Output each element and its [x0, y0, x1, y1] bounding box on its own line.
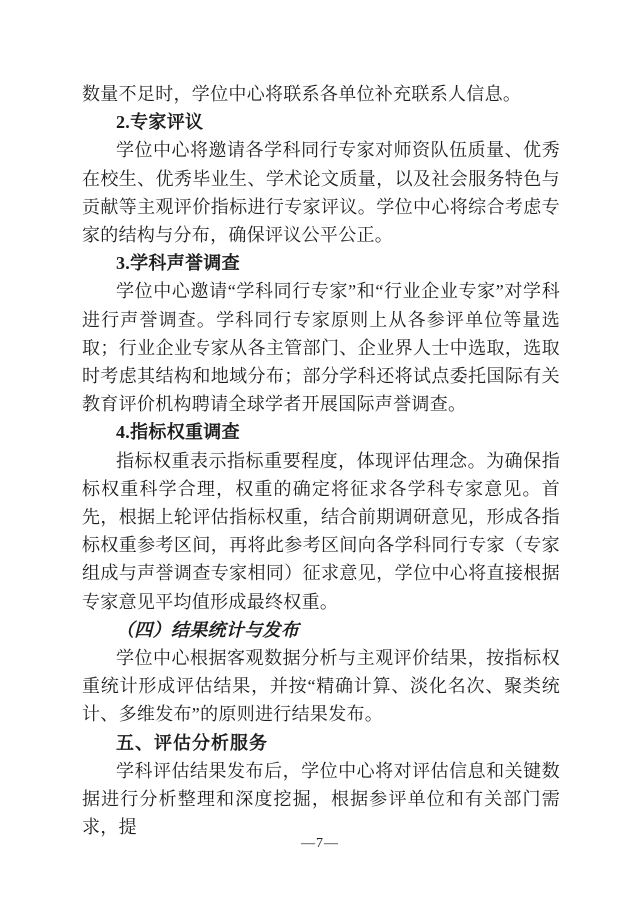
section-heading: 五、评估分析服务 — [82, 729, 560, 757]
paragraph: 指标权重表示指标重要程度，体现评估理念。为确保指标权重科学合理，权重的确定将征求… — [82, 447, 560, 616]
paragraph: 学位中心邀请“学科同行专家”和“行业企业专家”对学科进行声誉调查。学科同行专家原… — [82, 277, 560, 418]
paragraph: 学科评估结果发布后，学位中心将对评估信息和关键数据进行分析整理和深度挖掘，根据参… — [82, 757, 560, 842]
continued-paragraph: 数量不足时，学位中心将联系各单位补充联系人信息。 — [82, 80, 560, 108]
page-number: —7— — [0, 836, 640, 852]
numbered-heading: 2.专家评议 — [82, 108, 560, 136]
numbered-heading: 4.指标权重调查 — [82, 418, 560, 446]
paragraph: 学位中心根据客观数据分析与主观评价结果，按指标权重统计形成评估结果，并按“精确计… — [82, 644, 560, 729]
sub-section-heading: （四）结果统计与发布 — [82, 616, 560, 644]
numbered-heading: 3.学科声誉调查 — [82, 249, 560, 277]
document-page: 数量不足时，学位中心将联系各单位补充联系人信息。 2.专家评议 学位中心将邀请各… — [0, 0, 640, 905]
paragraph: 学位中心将邀请各学科同行专家对师资队伍质量、优秀在校生、优秀毕业生、学术论文质量… — [82, 136, 560, 249]
page-content: 数量不足时，学位中心将联系各单位补充联系人信息。 2.专家评议 学位中心将邀请各… — [82, 80, 560, 841]
